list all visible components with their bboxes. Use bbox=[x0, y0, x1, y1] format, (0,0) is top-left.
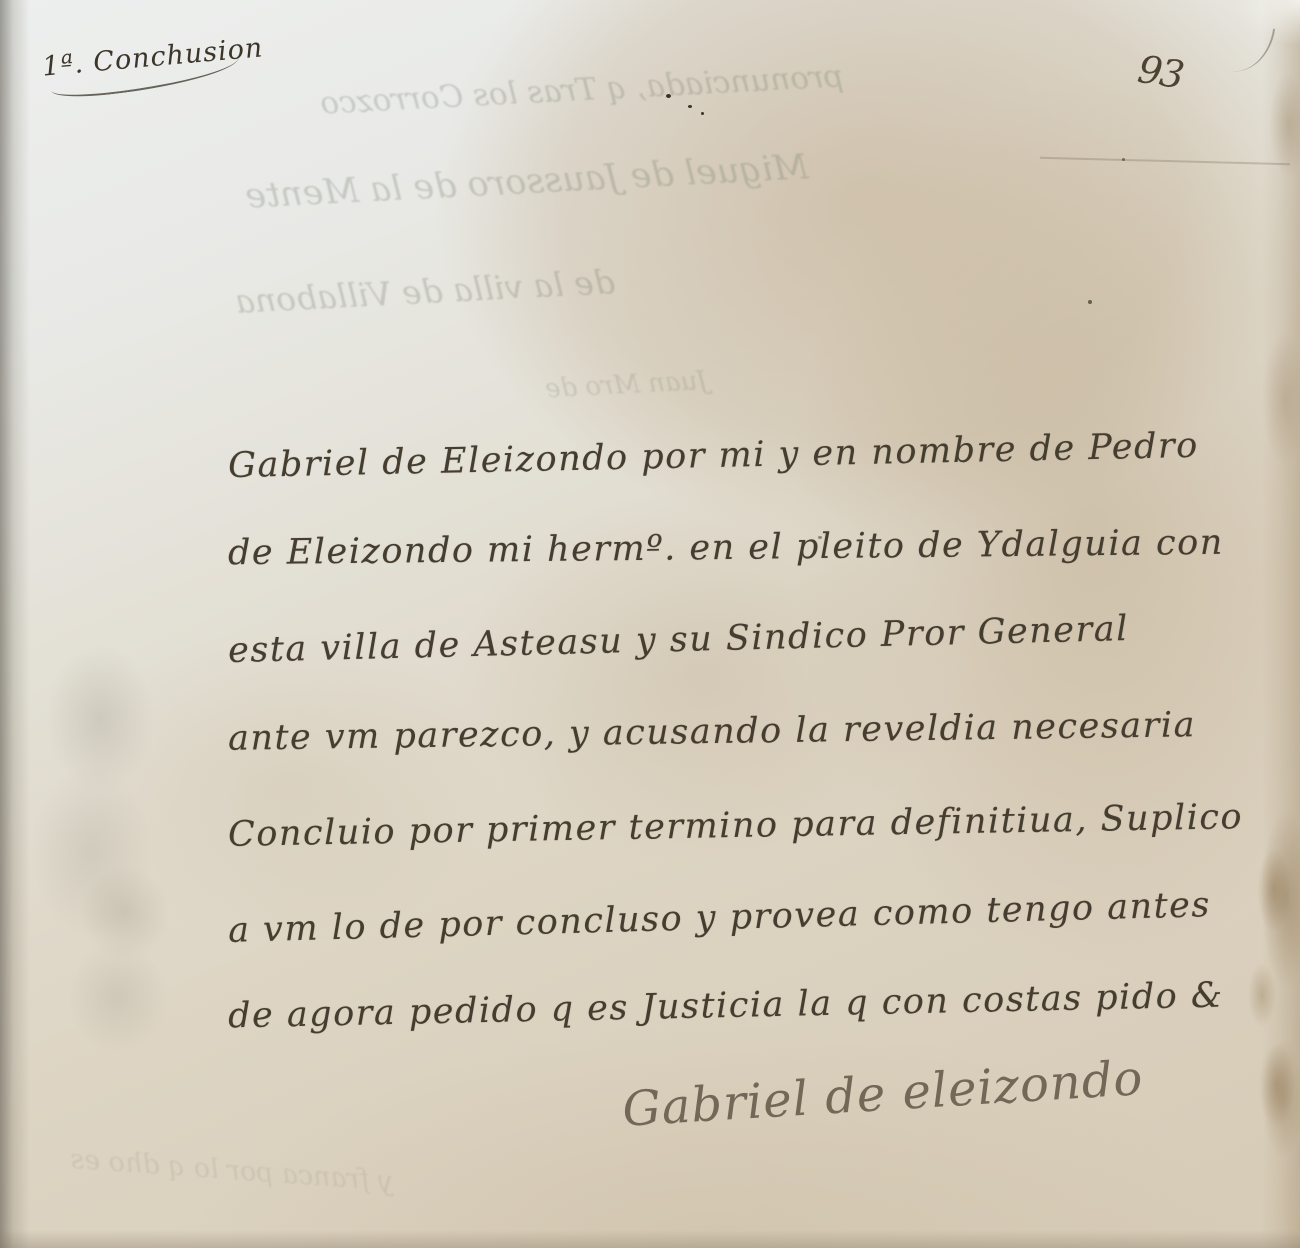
paper-crease-line bbox=[1040, 157, 1290, 166]
manuscript-line-3: esta villa de Asteasu y su Sindico Pror … bbox=[228, 609, 1130, 671]
manuscript-line-1: Gabriel de Eleizondo por mi y en nombre … bbox=[228, 426, 1199, 486]
bleedthrough-line: Miguel de Jaussoro de la Mente bbox=[244, 147, 809, 216]
ink-speck bbox=[688, 105, 692, 108]
bleedthrough-line: y franca por lo q dho es bbox=[69, 1144, 394, 1198]
ink-speck bbox=[1122, 158, 1125, 161]
bleedthrough-line: pronunciada, q Tras los Corrozco bbox=[319, 58, 844, 121]
ink-speck bbox=[1088, 300, 1092, 304]
manuscript-line-4: ante vm parezco, y acusando la reveldia … bbox=[228, 705, 1196, 759]
manuscript-line-5: Concluio por primer termino para definit… bbox=[228, 797, 1244, 855]
right-edge-stain bbox=[1238, 830, 1298, 1130]
bottom-edge-shadow bbox=[0, 1230, 1300, 1248]
ink-speck bbox=[574, 455, 578, 459]
ink-speck bbox=[701, 112, 704, 115]
ink-speck bbox=[818, 536, 822, 539]
bleedthrough-smudge bbox=[50, 850, 200, 1060]
page-number: 93 bbox=[1135, 47, 1186, 97]
binding-edge-shadow bbox=[0, 0, 30, 1248]
ink-speck bbox=[666, 94, 671, 98]
bleedthrough-line: de la villa de Villabona bbox=[234, 262, 616, 321]
bleedthrough-line: Juan Mro de bbox=[544, 366, 708, 404]
manuscript-line-7: de agora pedido q es Justicia la q con c… bbox=[228, 976, 1224, 1037]
manuscript-line-2: de Eleizondo mi hermº. en el pleito de Y… bbox=[228, 523, 1224, 573]
signature: Gabriel de eleizondo bbox=[621, 1050, 1145, 1138]
manuscript-line-6: a vm lo de por concluso y provea como te… bbox=[228, 885, 1212, 951]
manuscript-page: pronunciada, q Tras los Corrozco Miguel … bbox=[0, 0, 1300, 1248]
